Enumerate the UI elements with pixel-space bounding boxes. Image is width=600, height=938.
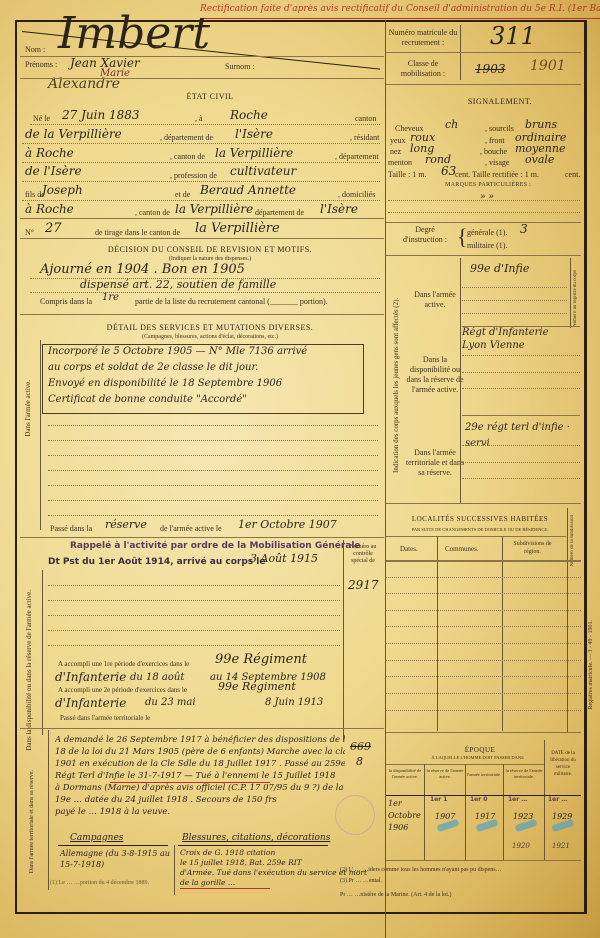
canton3-label: , canton de xyxy=(135,208,170,217)
tirage-label: de tirage dans le canton de xyxy=(95,228,180,237)
prenoms-label: Prénoms : xyxy=(25,60,57,69)
mere-value: Beraud Annette xyxy=(200,183,296,197)
passe-label: Passé dans la xyxy=(50,524,92,533)
corps-row-3-value: 29e régt terl d'infie · servi xyxy=(465,420,580,452)
lieu-value: Roche xyxy=(230,108,268,122)
sourcils-label: , sourcils xyxy=(485,124,514,133)
services-subtitle: (Campagnes, blessures, actions d'éclat, … xyxy=(120,334,300,340)
periode2-value1: 99e Régiment xyxy=(218,680,296,693)
bouche-label: , bouche xyxy=(480,147,507,156)
decision-line2: dispensé art. 22, soutien de famille xyxy=(80,278,276,291)
seal-stamp xyxy=(335,795,375,835)
services-line-2: au corps et soldat de 2e classe le dit j… xyxy=(48,362,258,373)
localites-col-subdivisions: Subdivisions de région. xyxy=(505,540,560,556)
mere-label: et de xyxy=(175,190,190,199)
tirage-canton-value: la Verpillière xyxy=(195,221,280,236)
signalement-title: SIGNALEMENT. xyxy=(450,97,550,106)
epoque-col-3: l'armée territoriale. xyxy=(466,772,502,778)
blessures-underline xyxy=(180,888,270,889)
nom-value: Imbert xyxy=(58,8,210,59)
blessures-line-1: Croix de G. 1918 citation xyxy=(180,848,275,857)
periode1-value1: 99e Régiment xyxy=(215,652,307,667)
corps-row-3-label: Dans l'armée territoriale et dans sa rés… xyxy=(405,448,465,478)
epoque-title: ÉPOQUE xyxy=(420,746,540,754)
document-page: Rectification faite d'après avis rectifi… xyxy=(0,0,600,938)
epoque-col-2: la réserve de l'armée active. xyxy=(426,768,464,780)
generale-value: 3 xyxy=(520,222,528,236)
epoque-extra-2: 1921 xyxy=(552,842,570,850)
territoriale-line-6: 19e … datée du 24 juillet 1918 . Secours… xyxy=(55,795,345,805)
corps-row-1-value: 99e d'Infie xyxy=(470,262,529,275)
epoque-subtitle: À LAQUELLE L'HOMME DOIT PASSER DANS xyxy=(395,755,560,760)
tirage-no-value: 27 xyxy=(45,221,62,236)
epoque-value-1: 1er Octobre 1906 xyxy=(388,798,424,834)
epoque-stamp-2: 1er 0 xyxy=(470,796,487,803)
epoque-stamp-4: 1er … xyxy=(548,796,567,803)
passe-value: réserve xyxy=(105,518,147,531)
epoque-stamp-3: 1er … xyxy=(508,796,527,803)
departement2-value: de l'Isère xyxy=(25,164,82,178)
nez-label: nez xyxy=(390,147,401,156)
canton-value: de la Verpillière xyxy=(25,127,122,141)
canton-label: canton xyxy=(355,114,376,123)
periode1-label: A accompli une 1re période d'exercices d… xyxy=(58,660,189,668)
blessures-line-2: le 15 juillet 1918, Bat. 259e RIT xyxy=(180,858,302,867)
registre-side-note: Registres matricule. — 3 - 49 - 1901. xyxy=(588,620,594,709)
rappel-stamp-line2: Dt Pst du 1er Août 1914, arrivé au corps… xyxy=(48,557,265,567)
front-label: , front xyxy=(485,136,505,145)
taille-value: 63 xyxy=(441,164,456,178)
main-column-divider xyxy=(385,20,386,938)
departement3-value: l'Isère xyxy=(320,202,358,216)
margin-value-1: 669 xyxy=(350,740,371,753)
correction-note: Rectification faite d'après avis rectifi… xyxy=(200,4,600,14)
cheveux-value: ch xyxy=(445,118,458,131)
sourcils-value: bruns xyxy=(525,118,557,131)
epoque-stamp-1: 1er 1 xyxy=(430,796,447,803)
pere-value: Joseph xyxy=(42,183,83,197)
rappel-numero-value: 2917 xyxy=(348,578,379,592)
periode2-au: 8 Juin 1913 xyxy=(265,697,323,708)
militaire-label: militaire (1). xyxy=(467,241,507,250)
correction-underline xyxy=(200,18,600,19)
rappel-side-label: Dans la disponibilité ou dans la réserve… xyxy=(24,590,34,751)
rappel-arrive-date: 3 Août 1915 xyxy=(250,552,318,565)
margin-value-2: 8 xyxy=(356,755,363,768)
degre-label: Degré d'instruction : xyxy=(400,225,450,245)
territoriale-label: Passé dans l'armée territoriale le xyxy=(60,714,150,722)
marques-label: MARQUES PARTICULIÈRES : xyxy=(445,182,531,188)
periode1-du: du 18 août xyxy=(130,672,184,683)
tirage-no-label: N° xyxy=(25,228,34,237)
canton2-value: la Verpillière xyxy=(215,146,293,160)
corps-row-2-label: Dans la disponibilité ou dans la réserve… xyxy=(405,355,465,395)
generale-label: générale (1). xyxy=(467,228,507,237)
territoriale-side-label: Dans l'armée territoriale et dans sa rés… xyxy=(28,770,37,873)
territoriale-line-7: payé le … 1918 à la veuve. xyxy=(55,807,345,817)
services-line-3: Envoyé en disponibilité le 18 Septembre … xyxy=(48,378,282,389)
departement3-label: département de xyxy=(255,208,304,217)
localites-side-col: Numéro de la subdivision xyxy=(570,515,575,567)
footnote-1: (1) Le … …portion du 4 décembre 1889. xyxy=(50,880,190,887)
periode2-value2: d'Infanterie xyxy=(55,696,126,710)
etat-civil-title: ÉTAT CIVIL xyxy=(160,92,260,101)
territoriale-line-2: 18 de la loi du 21 Mars 1905 (père de 6 … xyxy=(55,747,345,757)
nom-label: Nom : xyxy=(25,45,45,54)
epoque-date-col: DATE de la libération du service militai… xyxy=(547,750,579,778)
periode2-label: A accompli une 2e période d'exercices da… xyxy=(58,686,187,694)
domicile-value: à Roche xyxy=(25,202,74,216)
footnote-3: (3) Pr … …ental. xyxy=(340,878,570,884)
classe-label: Classe de mobilisation : xyxy=(388,59,458,79)
departement2-label: , département xyxy=(335,152,379,161)
corps-row-1-label: Dans l'armée active. xyxy=(410,290,460,310)
periode2-du: du 23 mai xyxy=(145,697,196,708)
residant-label: , résidant xyxy=(350,133,379,142)
departement-label: , département de xyxy=(160,133,213,142)
profession-label: , profession de xyxy=(170,171,217,180)
taille-cent-label: cent. xyxy=(565,170,580,179)
campagnes-title: Campagnes xyxy=(70,833,123,843)
yeux-label: yeux xyxy=(390,136,406,145)
territoriale-line-5: à Dormans (Marne) d'après avis officiel … xyxy=(55,783,345,793)
compris-rest: partie de la liste du recrutement canton… xyxy=(135,297,328,306)
classe-correction: 1901 xyxy=(530,58,566,74)
footnote-2: (2) L' … …iders comme tous les hommes n'… xyxy=(340,866,570,875)
epoque-col-1: la disponibilité de l'armée active. xyxy=(386,768,424,780)
epoque-extra-1: 1920 xyxy=(512,842,530,850)
canton3-value: la Verpillière xyxy=(175,202,253,216)
decision-title: DÉCISION DU CONSEIL DE REVISION ET MOTIF… xyxy=(60,245,360,254)
localites-subtitle: PAR SUITE DE CHANGEMENTS DE DOMICILE OU … xyxy=(390,527,570,532)
territoriale-line-3: 1901 en exécution de la Cle Sdle du 18 J… xyxy=(55,759,345,769)
localites-col-communes: Communes. xyxy=(445,545,479,553)
compris-label: Compris dans la xyxy=(40,297,92,306)
visage-label: , visage xyxy=(485,158,509,167)
rappel-stamp-line1: Rappelé à l'activité par ordre de la Mob… xyxy=(70,541,361,551)
brace-icon: { xyxy=(457,226,468,248)
blessures-title: Blessures, citations, décorations xyxy=(182,833,330,843)
matricule-value: 311 xyxy=(490,22,536,50)
localites-title: LOCALITÉS SUCCESSIVES HABITÉES xyxy=(395,515,565,523)
departement-value: l'Isère xyxy=(235,127,273,141)
corps-side-title: Indication des corps auxquels les jeunes… xyxy=(392,265,400,505)
territoriale-line-1: A demandé le 26 Septembre 1917 à bénéfic… xyxy=(55,735,345,745)
passe-date: 1er Octobre 1907 xyxy=(238,518,337,531)
classe-value: 1903 xyxy=(475,62,506,76)
territoriale-line-4: Régt Terl d'Infie le 31-7-1917 — Tué à l… xyxy=(55,771,345,781)
taille-rectifiee-label: cent. Taille rectifiée : 1 m. xyxy=(455,170,539,179)
ne-le-value: 27 Juin 1883 xyxy=(62,108,140,122)
domicilies-label: , domiciliés xyxy=(338,190,375,199)
footnote-4: Pr … …nistère de la Marine. (Art. 4 de l… xyxy=(340,892,570,898)
menton-label: menton xyxy=(388,158,412,167)
taille-label: Taille : 1 m. xyxy=(388,170,427,179)
ne-le-label: Né le xyxy=(33,114,50,123)
campagnes-value: Allemagne (du 3-8-1915 au 15-7-1918) xyxy=(60,848,172,870)
services-side-label: Dans l'armée active. xyxy=(24,380,32,437)
corps-row-2-value: Régt d'Infanterie Lyon Vienne xyxy=(462,326,552,352)
visage-value: ovale xyxy=(525,153,554,166)
a-label: , à xyxy=(195,114,203,123)
services-title: DÉTAIL DES SERVICES ET MUTATIONS DIVERSE… xyxy=(80,323,340,332)
rappel-numero-label: Numéro au contrôle spécial de xyxy=(346,544,380,565)
matricule-label: Numéro matricule du recrutement : xyxy=(388,28,458,48)
decision-line1: Ajourné en 1904 . Bon en 1905 xyxy=(40,262,245,277)
residence-value: à Roche xyxy=(25,146,74,160)
canton2-label: , canton de xyxy=(170,152,205,161)
corps-right-label: Numéro au registre du corps xyxy=(573,270,578,327)
passe-rest: de l'armée active le xyxy=(160,524,222,533)
localites-col-dates: Dates. xyxy=(400,545,418,553)
blessures-line-3: d'Armée. Tué dans l'exécution du service… xyxy=(180,868,367,877)
epoque-col-4: la réserve de l'armée territoriale. xyxy=(504,768,544,780)
compris-value: 1re xyxy=(102,292,119,303)
surnom-label: Surnom : xyxy=(225,62,255,71)
periode1-value2: d'Infanterie xyxy=(55,670,126,684)
profession-value: cultivateur xyxy=(230,164,296,178)
services-line-1: Incorporé le 5 Octobre 1905 — N° Mle 713… xyxy=(48,346,307,357)
services-line-4: Certificat de bonne conduite "Accordé" xyxy=(48,394,247,405)
